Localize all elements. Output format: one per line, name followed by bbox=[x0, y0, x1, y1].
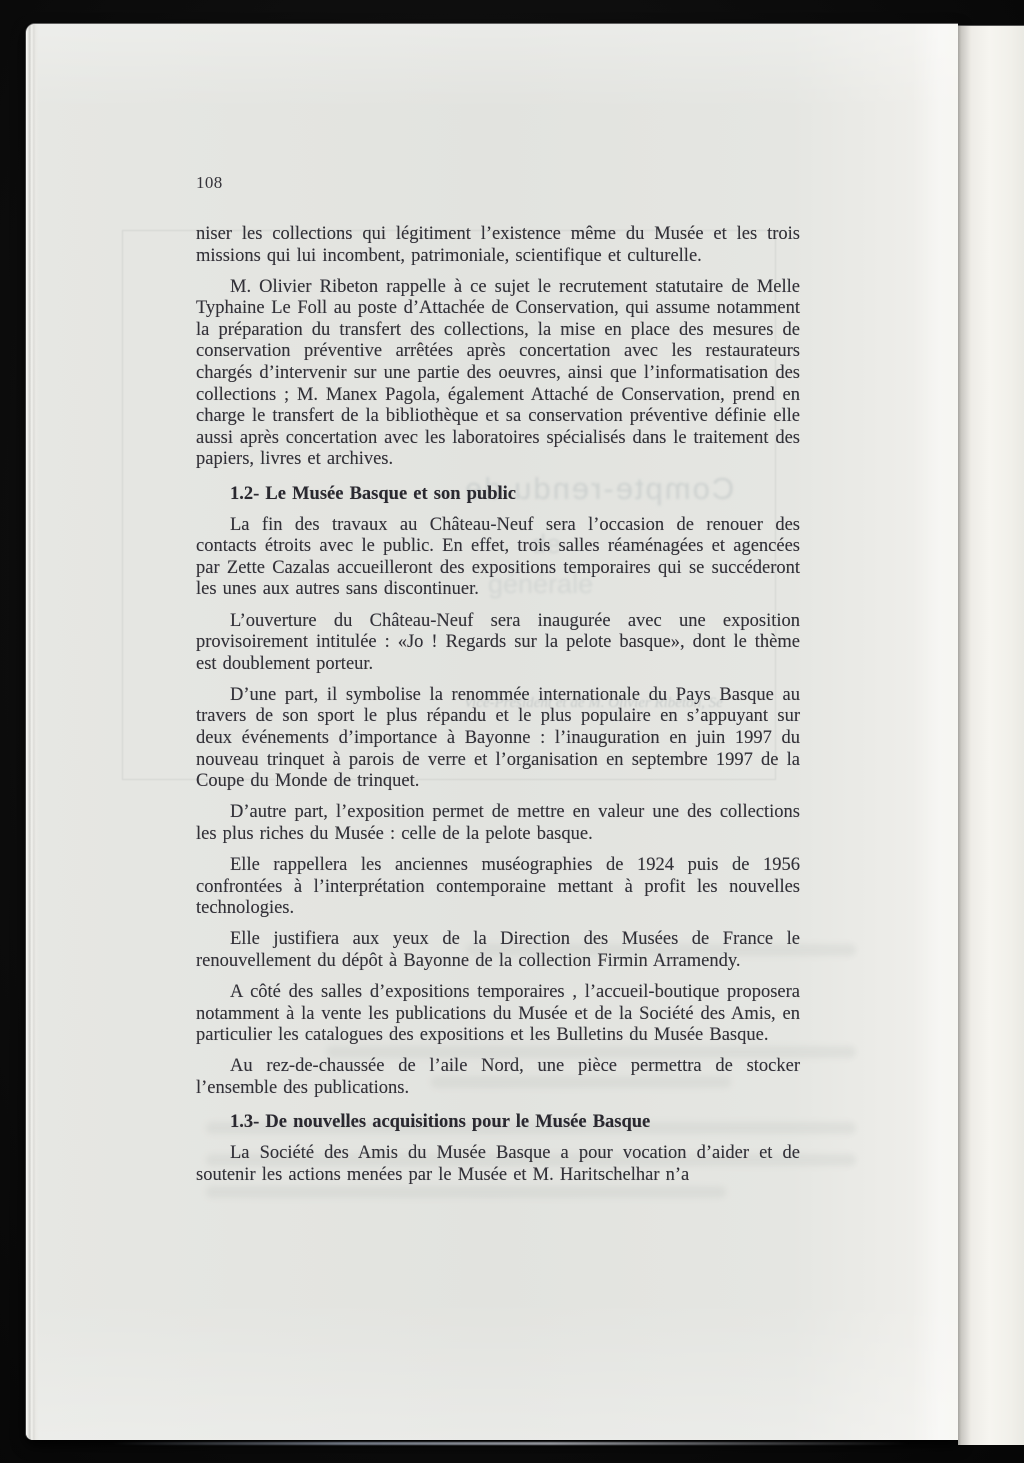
paragraph: La fin des travaux au Château-Neuf sera … bbox=[196, 515, 800, 601]
paragraph: A côté des salles d’expositions temporai… bbox=[196, 982, 800, 1047]
paragraph: Elle rappellera les anciennes muséograph… bbox=[196, 855, 800, 920]
facing-page-edge bbox=[958, 26, 1024, 1445]
section-heading: 1.3- De nouvelles acquisitions pour le M… bbox=[196, 1112, 800, 1134]
paragraph: Elle justifiera aux yeux de la Direction… bbox=[196, 929, 800, 972]
paragraph: niser les collections qui légitiment l’e… bbox=[196, 224, 800, 267]
gutter-highlight bbox=[912, 24, 958, 1440]
paragraph: La Société des Amis du Musée Basque a po… bbox=[196, 1143, 800, 1186]
paragraph: L’ouverture du Château-Neuf sera inaugur… bbox=[196, 611, 800, 676]
page-edge-stack bbox=[26, 24, 39, 1440]
paragraph: D’autre part, l’exposition permet de met… bbox=[196, 802, 800, 845]
section-heading: 1.2- Le Musée Basque et son public bbox=[196, 484, 800, 506]
page-number: 108 bbox=[196, 173, 223, 193]
paragraph: M. Olivier Ribeton rappelle à ce sujet l… bbox=[196, 277, 800, 471]
page-bottom-highlight bbox=[110, 1442, 910, 1445]
scan-photo-background: Compte-rendu de de générale Vice-Préside… bbox=[0, 0, 1024, 1463]
text-column: niser les collections qui légitiment l’e… bbox=[196, 224, 800, 1196]
paragraph: D’une part, il symbolise la renommée int… bbox=[196, 685, 800, 793]
paragraph: Au rez-de-chaussée de l’aile Nord, une p… bbox=[196, 1056, 800, 1099]
book-page: Compte-rendu de de générale Vice-Préside… bbox=[26, 24, 958, 1440]
